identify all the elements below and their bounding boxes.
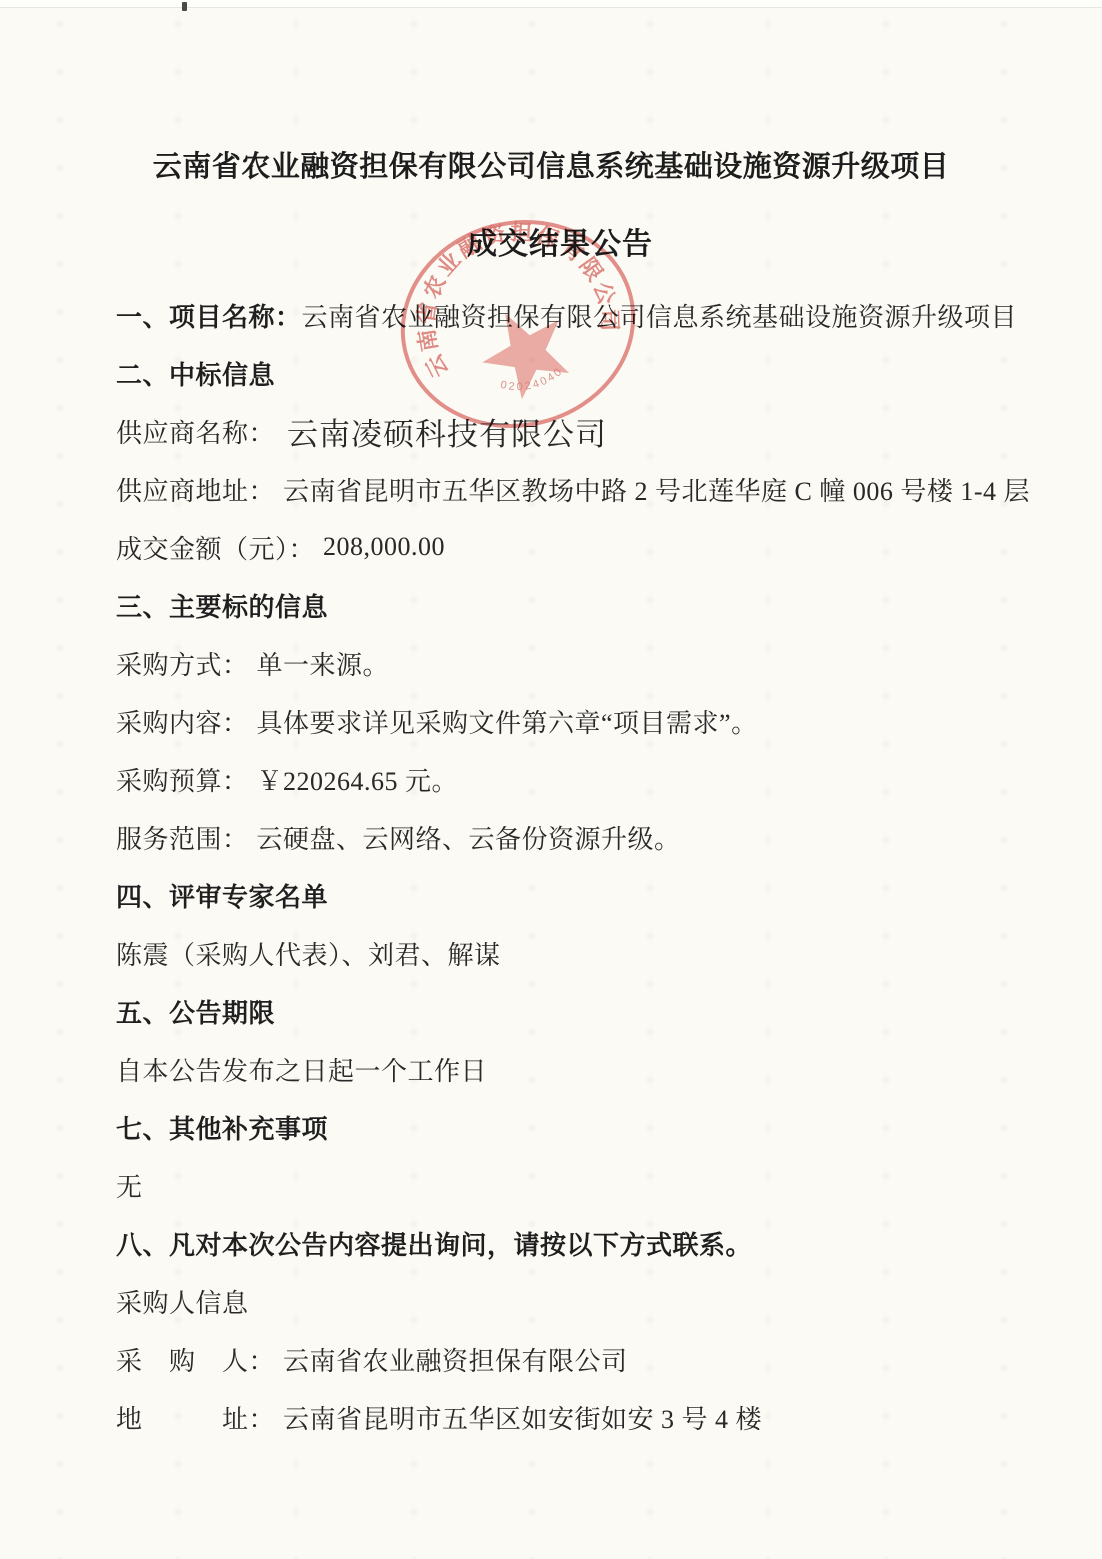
scan-edge-artifact [0, 0, 1102, 8]
section-heading-experts: 四、评审专家名单 [116, 866, 1006, 924]
document-body: 一、项目名称：云南省农业融资担保有限公司信息系统基础设施资源升级项目 二、中标信… [116, 286, 1006, 1446]
procurement-content-label: 采购内容： [116, 703, 249, 740]
service-scope-field: 服务范围：云硬盘、云网络、云备份资源升级。 [116, 808, 1006, 866]
purchaser-address-label: 地 址： [116, 1399, 275, 1436]
experts-names-line: 陈震（采购人代表）、刘君、解谋 [116, 924, 1006, 982]
section-heading-subject-info: 三、主要标的信息 [116, 576, 1006, 634]
purchaser-name-label: 采 购 人： [116, 1341, 275, 1378]
purchaser-address-value: 云南省昆明市五华区如安街如安 3 号 4 楼 [283, 1399, 762, 1436]
supplier-name-label: 供应商名称： [116, 413, 275, 450]
procurement-content-field: 采购内容：具体要求详见采购文件第六章“项目需求”。 [116, 692, 1006, 750]
service-scope-value: 云硬盘、云网络、云备份资源升级。 [257, 819, 681, 856]
procurement-method-value: 单一来源。 [257, 645, 390, 682]
supplier-address-value: 云南省昆明市五华区教场中路 2 号北莲华庭 C 幢 006 号楼 1-4 层 [283, 471, 1030, 508]
company-seal-stamp: 云南省农业融资担保有限公司 02024040 [396, 214, 644, 430]
supplier-address-label: 供应商地址： [116, 471, 275, 508]
section-heading-other-matters: 七、其他补充事项 [116, 1098, 1006, 1156]
award-amount-label: 成交金额（元）： [116, 529, 315, 566]
procurement-budget-field: 采购预算：￥220264.65 元。 [116, 750, 1006, 808]
award-amount-value: 208,000.00 [323, 532, 445, 562]
procurement-content-value: 具体要求详见采购文件第六章“项目需求”。 [257, 703, 758, 740]
procurement-method-label: 采购方式： [116, 645, 249, 682]
other-matters-line: 无 [116, 1156, 1006, 1214]
supplier-address-field: 供应商地址：云南省昆明市五华区教场中路 2 号北莲华庭 C 幢 006 号楼 1… [116, 460, 1006, 518]
purchaser-info-line: 采购人信息 [116, 1272, 1006, 1330]
award-amount-field: 成交金额（元）：208,000.00 [116, 518, 1006, 576]
document-title: 云南省农业融资担保有限公司信息系统基础设施资源升级项目 [0, 144, 1102, 185]
service-scope-label: 服务范围： [116, 819, 249, 856]
section-heading-contact: 八、凡对本次公告内容提出询问，请按以下方式联系。 [116, 1214, 1006, 1272]
scan-speck [182, 2, 187, 11]
announcement-period-line: 自本公告发布之日起一个工作日 [116, 1040, 1006, 1098]
procurement-budget-value: ￥220264.65 元。 [257, 761, 459, 798]
procurement-budget-label: 采购预算： [116, 761, 249, 798]
section-heading-announcement-period: 五、公告期限 [116, 982, 1006, 1040]
procurement-method-field: 采购方式：单一来源。 [116, 634, 1006, 692]
project-name-label: 一、项目名称： [116, 297, 302, 334]
purchaser-name-value: 云南省农业融资担保有限公司 [283, 1341, 628, 1378]
purchaser-name-field: 采 购 人：云南省农业融资担保有限公司 [116, 1330, 1006, 1388]
purchaser-address-field: 地 址：云南省昆明市五华区如安街如安 3 号 4 楼 [116, 1388, 1006, 1446]
